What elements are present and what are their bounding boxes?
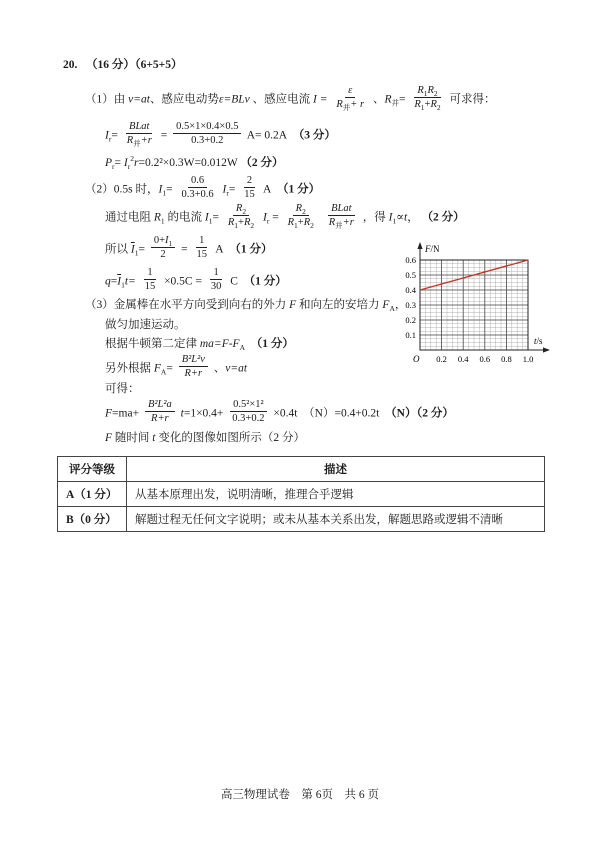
math-seg: ma=F-F [200, 338, 240, 350]
subscript: 2 [302, 207, 306, 216]
part2-line4: q=I1t= 1 15 ×0.5C = 1 30 C （1 分） [105, 268, 287, 295]
subscript: r [128, 162, 131, 171]
table-row: A（1 分） 从基本原理出发，说明清晰，推理合乎逻辑 [58, 482, 545, 507]
math-seg: P [105, 157, 112, 169]
description-cell: 从基本原理出发，说明清晰，推理合乎逻辑 [127, 482, 545, 507]
math-seg: A= 0.2A [247, 129, 287, 141]
table-header-row: 评分等级 描述 [58, 457, 545, 482]
grading-table: 评分等级 描述 A（1 分） 从基本原理出发，说明清晰，推理合乎逻辑 B（0 分… [57, 456, 545, 532]
f-t-graph-svg: F/Nt/s0.20.40.60.81.00.10.20.30.40.50.6O [384, 240, 554, 376]
math-seg: 2 [157, 248, 168, 261]
math-seg: （N）=0.4+0.2t [303, 407, 379, 419]
subscript: 并 [335, 221, 343, 230]
math-seg: 0.3+0.2 [229, 412, 267, 425]
text-seg: （1）由 [85, 93, 128, 105]
description-cell: 解题过程无任何文字说明；或未从基本关系出发，解题思路或逻辑不清晰 [127, 507, 545, 532]
text-seg: 随时间 [112, 432, 152, 444]
fraction: R1R2 R1+R2 [411, 84, 443, 111]
math-seg: 0+ [154, 235, 165, 246]
math-seg: = [166, 362, 173, 374]
fraction: R2 R1+R2 [225, 202, 257, 229]
svg-text:O: O [413, 354, 420, 364]
part3-force-equation: F=ma+ B²L²a R+r t=1×0.4+ 0.5²×1² 0.3+0.2… [105, 400, 454, 427]
math-seg: R+r [151, 413, 169, 424]
part3-kede: 可得： [105, 382, 140, 396]
math-seg: v=at [128, 93, 150, 105]
svg-text:t/s: t/s [534, 336, 543, 346]
fraction: 2 15 [241, 174, 258, 201]
fraction: BLat R并+r [326, 202, 357, 229]
fraction: B²L²v R+r [179, 353, 208, 380]
score-label: （2 分） [422, 211, 465, 223]
text-seg: 可得： [105, 383, 140, 395]
exam-answer-page: 20. （16 分）（6+5+5） （1）由 v=at、感应电动势ε=BLv 、… [0, 0, 600, 848]
svg-text:F/N: F/N [424, 244, 440, 254]
svg-text:0.5: 0.5 [405, 270, 416, 280]
subscript: 并 [391, 98, 399, 107]
fraction: BLat R并+r [124, 120, 155, 147]
question-points: （16 分）（6+5+5） [86, 59, 182, 71]
text-seg: 可求得： [450, 93, 496, 105]
text-seg: 、感应电动势 [150, 93, 219, 105]
fraction: 1 15 [194, 234, 211, 261]
grade-cell: A（1 分） [58, 482, 127, 507]
score-label: （1 分） [277, 183, 320, 195]
math-seg: 15 [194, 248, 211, 261]
math-seg: 0.3+0.6 [178, 188, 216, 201]
math-seg: C [230, 275, 238, 287]
fraction: R2 R1+R2 [285, 202, 317, 229]
math-seg: A [215, 243, 223, 255]
fraction: B²L²a R+r [145, 398, 175, 425]
text-seg: 的电流 [165, 211, 205, 223]
fraction: 1 30 [208, 266, 225, 293]
math-seg: = [115, 157, 122, 169]
text-seg: ， [407, 211, 419, 223]
math-seg: = [269, 211, 278, 223]
page-footer: 高三物理试卷 第 6页 共 6 页 [0, 786, 600, 802]
math-seg: =0.2²×0.3W=0.012W [138, 157, 237, 169]
math-seg: 15 [142, 280, 159, 293]
text-seg: 和向左的安培力 [296, 299, 382, 311]
part1-intro: （1）由 v=at、感应电动势ε=BLv 、感应电流 I = ε R并+ r 、… [85, 86, 496, 113]
math-seg: = [229, 183, 236, 195]
score-label: （1 分） [244, 275, 287, 287]
subscript: 2 [434, 89, 438, 98]
text-seg: 、 [214, 362, 226, 374]
math-seg: =1×0.4+ [184, 407, 224, 419]
math-seg: +r [343, 217, 354, 228]
svg-text:1.0: 1.0 [523, 354, 534, 364]
text-seg: 、感应电流 [250, 93, 313, 105]
f-t-graph: F/Nt/s0.20.40.60.81.00.10.20.30.40.50.6O [384, 240, 554, 376]
grade-cell: B（0 分） [58, 507, 127, 532]
part3-ampere-force: 另外根据 FA= B²L²v R+r 、v=at [105, 355, 247, 382]
part2-line1: （2）0.5s 时，I1= 0.6 0.3+0.6 Ir= 2 15 A （1 … [85, 176, 320, 203]
math-seg: 1 [210, 266, 221, 280]
text-seg: 通过电阻 [105, 211, 154, 223]
math-seg: = [138, 243, 145, 255]
math-seg: B²L²v [182, 354, 205, 365]
part1-current-equation: Ir= BLat R并+r = 0.5×1×0.4×0.5 0.3+0.2 A=… [105, 122, 336, 149]
math-seg: 0.6 [188, 174, 207, 188]
math-seg: BLat [331, 203, 351, 214]
math-seg: 1 [196, 234, 207, 248]
svg-text:0.1: 0.1 [405, 330, 416, 340]
fraction: 0+I1 2 [151, 234, 175, 261]
svg-text:0.3: 0.3 [405, 300, 416, 310]
math-seg: ∝ [396, 211, 404, 223]
svg-text:0.8: 0.8 [501, 354, 512, 364]
text-seg: 做匀加速运动。 [105, 319, 186, 331]
math-seg: = [111, 129, 118, 141]
svg-text:0.4: 0.4 [458, 354, 469, 364]
math-seg: 15 [241, 188, 258, 201]
math-seg: F [154, 362, 161, 374]
col-header-grade: 评分等级 [58, 457, 127, 482]
score-label: （1 分） [229, 243, 272, 255]
math-seg: t= [125, 275, 139, 287]
fraction: 0.5×1×0.4×0.5 0.3+0.2 [173, 120, 241, 147]
question-header: 20. （16 分）（6+5+5） [63, 58, 182, 72]
math-seg: 0.5²×1² [230, 398, 267, 412]
math-seg: ×0.5C = [164, 275, 202, 287]
score-label: （3 分） [293, 129, 336, 141]
math-seg: A [263, 183, 271, 195]
math-seg: ε [348, 85, 352, 96]
math-seg: = [166, 183, 173, 195]
math-seg: +r [141, 135, 152, 146]
math-seg: 30 [208, 280, 225, 293]
math-seg: = [213, 211, 220, 223]
fraction: ε R并+ r [333, 84, 367, 111]
score-label: （1 分） [251, 338, 294, 350]
math-seg: = [399, 93, 406, 105]
math-seg: = [161, 129, 168, 141]
svg-text:0.4: 0.4 [405, 285, 416, 295]
subscript: 1 [169, 239, 173, 248]
text-seg: 变化的图像如图所示（2 分） [155, 432, 305, 444]
part2-line2: 通过电阻 R1 的电流 I1= R2 R1+R2 Ir = R2 R1+R2 B… [105, 204, 465, 231]
math-seg: = [181, 243, 188, 255]
math-seg: v=at [225, 362, 247, 374]
math-seg: R [154, 211, 161, 223]
text-seg: （2）0.5s 时， [85, 183, 158, 195]
math-seg: =ma+ [112, 407, 139, 419]
fraction: 0.5²×1² 0.3+0.2 [229, 398, 267, 425]
math-seg: BLat [129, 121, 149, 132]
text-seg: 根据牛顿第二定律 [105, 338, 200, 350]
col-header-description: 描述 [127, 457, 545, 482]
math-seg: 0.5×1×0.4×0.5 [173, 120, 241, 134]
text-seg: 所以 [105, 243, 131, 255]
math-seg: I = [313, 93, 327, 105]
svg-text:0.2: 0.2 [436, 354, 447, 364]
math-seg: R+r [185, 368, 203, 379]
text-seg: 另外根据 [105, 362, 154, 374]
math-seg: B²L²a [148, 399, 172, 410]
question-number: 20. [63, 59, 77, 71]
score-label: （2 分） [240, 157, 283, 169]
math-seg: + r [350, 99, 364, 110]
text-seg: ，得 [363, 211, 389, 223]
math-seg: 1 [144, 266, 155, 280]
subscript: 并 [133, 139, 141, 148]
svg-text:0.6: 0.6 [479, 354, 490, 364]
math-seg: ×0.4t [273, 407, 297, 419]
svg-text:0.6: 0.6 [405, 255, 416, 265]
fraction: 0.6 0.3+0.6 [178, 174, 216, 201]
subscript: 2 [310, 221, 314, 230]
fraction: 1 15 [142, 266, 159, 293]
table-row: B（0 分） 解题过程无任何文字说明；或未从基本关系出发，解题思路或逻辑不清晰 [58, 507, 545, 532]
subscript: 2 [437, 103, 441, 112]
part2-line3: 所以 I1= 0+I1 2 = 1 15 A （1 分） [105, 236, 272, 263]
math-seg: 2 [244, 174, 255, 188]
subscript: A [240, 343, 245, 352]
text-seg: （3）金属棒在水平方向受到向右的外力 [85, 299, 289, 311]
svg-text:0.2: 0.2 [405, 315, 416, 325]
subscript: 2 [242, 207, 246, 216]
part3-graph-note: F 随时间 t 变化的图像如图所示（2 分） [105, 431, 305, 445]
math-seg: 0.3+0.2 [188, 134, 226, 147]
part3-line1: （3）金属棒在水平方向受到向右的外力 F 和向左的安培力 FA， [85, 298, 406, 312]
math-seg: F [105, 432, 112, 444]
text-seg: 、 [373, 93, 385, 105]
part3-newton-law: 根据牛顿第二定律 ma=F-FA （1 分） [105, 337, 294, 351]
math-seg: ε=BLv [219, 93, 250, 105]
part3-line2: 做匀加速运动。 [105, 318, 186, 332]
subscript: 2 [250, 221, 254, 230]
part1-power-equation: Pr= Ir2r=0.2²×0.3W=0.012W （2 分） [105, 156, 284, 170]
score-label: （N）（2 分） [385, 407, 454, 419]
math-seg: F [105, 407, 112, 419]
